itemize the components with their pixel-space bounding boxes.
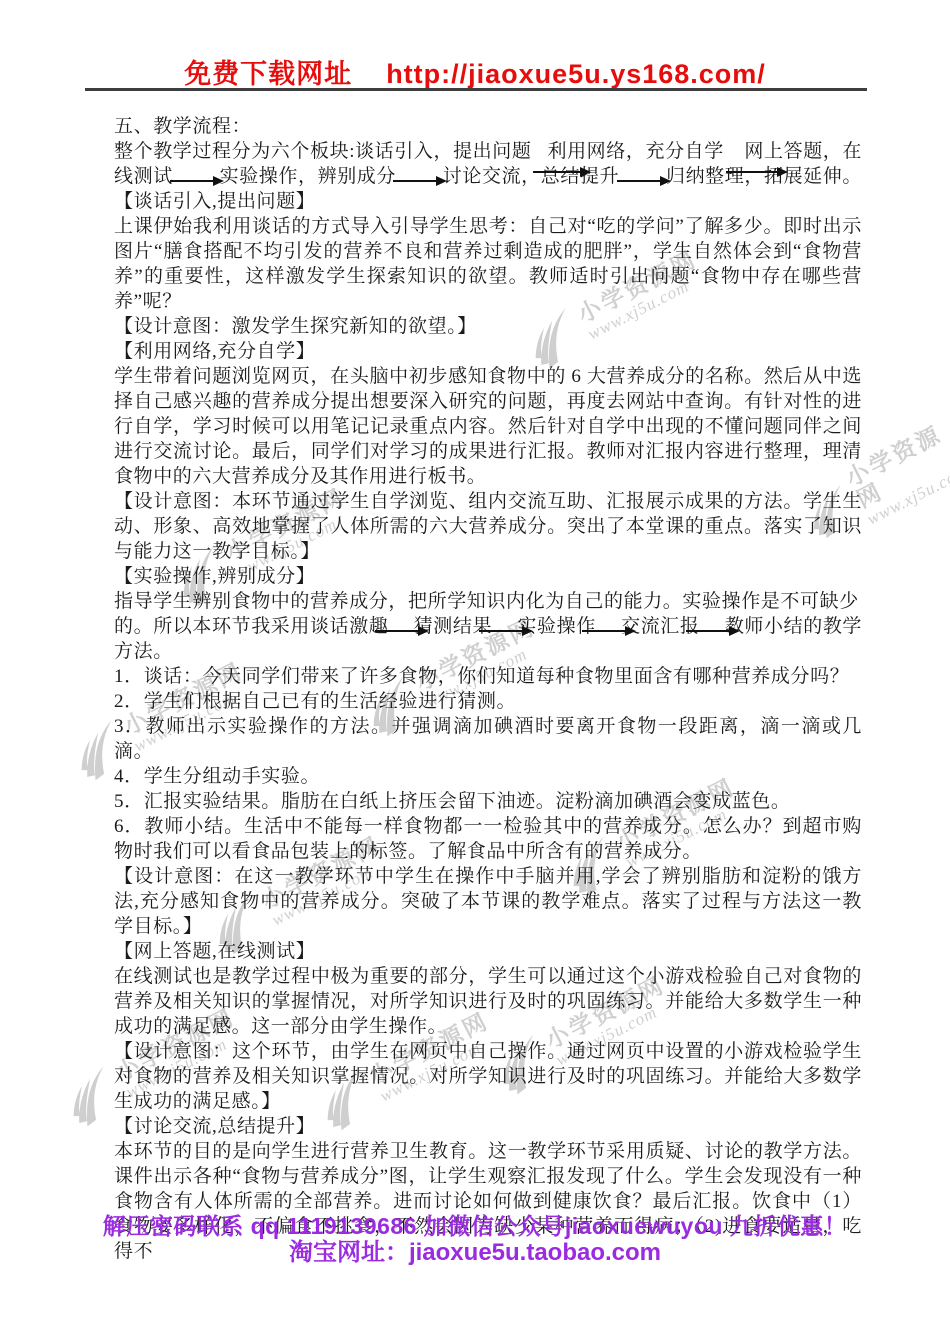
doc-paragraph: 5．汇报实验结果。脂肪在白纸上挤压会留下油迹。淀粉滴加碘酒会变成蓝色。	[114, 789, 862, 814]
flow-line: 整个教学过程分为六个板块:谈话引入，提出问题利用网络，充分自学网上答题，在	[114, 139, 862, 164]
flow-line: 线测试实验操作，辨别成分讨论交流，总结提升归纳整理，拓展延伸。	[114, 164, 862, 189]
doc-line: 【谈话引入,提出问题】	[114, 189, 862, 214]
doc-paragraph: 【设计意图：这个环节，由学生在网页中自己操作。通过网页中设置的小游戏检验学生对食…	[114, 1039, 862, 1114]
watermark-site: www.xj5u.com	[864, 460, 950, 529]
doc-paragraph: 4．学生分组动手实验。	[114, 764, 862, 789]
doc-paragraph: 【设计意图：本环节通过学生自学浏览、组内交流互助、汇报展示成果的方法。学生生动、…	[114, 489, 862, 564]
doc-line: 【设计意图：激发学生探究新知的欲望。】	[114, 314, 862, 339]
header-divider	[85, 88, 867, 91]
document-body: 五、教学流程：整个教学过程分为六个板块:谈话引入，提出问题利用网络，充分自学网上…	[114, 114, 862, 1264]
doc-paragraph: 6．教师小结。生活中不能每一样食物都一一检验其中的营养成分。怎么办？到超市购物时…	[114, 814, 862, 864]
flow-segment: 讨论交流，总结提升	[443, 164, 619, 189]
download-header-url: http://jiaoxue5u.ys168.com/	[386, 59, 766, 89]
doc-paragraph: 1．谈话：今天同学们带来了许多食物，你们知道每种食物里面含有哪种营养成分吗？	[114, 664, 862, 689]
doc-paragraph: 3．教师出示实验操作的方法。并强调滴加碘酒时要离开食物一段距离，滴一滴或几滴。	[114, 714, 862, 764]
flow-arrow-icon	[375, 630, 427, 632]
doc-paragraph: 学生带着问题浏览网页，在头脑中初步感知食物中的 6 大营养成分的名称。然后从中选…	[114, 364, 862, 489]
flow-arrow-icon	[617, 180, 669, 182]
download-header-label: 免费下载网址	[184, 59, 352, 89]
doc-line: 指导学生辨别食物中的营养成分，把所学知识内化为自己的能力。实验操作是不可缺少	[114, 589, 862, 614]
flow-line: 的。所以本环节我采用谈话激趣猜测结果实验操作交流汇报教师小结的教学	[114, 614, 862, 639]
flow-segment: 实验操作，辨别成分	[220, 164, 396, 189]
flow-arrow-icon	[533, 171, 589, 173]
flow-segment: 归纳整理，拓展延伸。	[666, 164, 862, 189]
flow-segment: 整个教学过程分为六个板块:谈话引入，提出问题	[114, 139, 531, 164]
flow-arrow-icon	[686, 630, 738, 632]
doc-line: 五、教学流程：	[114, 114, 862, 139]
download-header: 免费下载网址http://jiaoxue5u.ys168.com/	[0, 52, 950, 91]
flow-arrow-icon	[726, 171, 787, 173]
flow-segment: 线测试	[114, 164, 173, 189]
footer-contact-line: 解压密码联系 qq 1119139686 加微信公众号jiaoxuewuyou …	[0, 1213, 950, 1239]
document-page: 小学资源网www.xj5u.com小学资源网www.xj5u.com小学资源网w…	[0, 0, 950, 1344]
flow-arrow-icon	[393, 180, 445, 182]
flow-arrow-icon	[582, 630, 634, 632]
promo-footer: 解压密码联系 qq 1119139686 加微信公众号jiaoxuewuyou …	[0, 1213, 950, 1266]
flow-segment: 教师小结的教学	[725, 614, 862, 639]
doc-line: 【实验操作,辨别成分】	[114, 564, 862, 589]
flow-segment: 的。所以本环节我采用谈话激趣	[114, 614, 388, 639]
doc-line: 【网上答题,在线测试】	[114, 939, 862, 964]
doc-line: 方法。	[114, 639, 862, 664]
flow-segment: 利用网络，充分自学	[547, 139, 723, 164]
doc-paragraph: 上课伊始我利用谈话的方式导入引导学生思考：自己对“吃的学问”了解多少。即时出示图…	[114, 214, 862, 314]
doc-paragraph: 在线测试也是教学过程中极为重要的部分，学生可以通过这个小游戏检验自己对食物的营养…	[114, 964, 862, 1039]
flow-arrow-icon	[479, 630, 531, 632]
doc-line: 【利用网络,充分自学】	[114, 339, 862, 364]
doc-paragraph: 2．学生们根据自己已有的生活经验进行猜测。	[114, 689, 862, 714]
footer-taobao-url: 淘宝网址：jiaoxue5u.taobao.com	[0, 1239, 950, 1266]
flow-segment: 网上答题，在	[744, 139, 862, 164]
doc-line: 【讨论交流,总结提升】	[114, 1114, 862, 1139]
doc-paragraph: 【设计意图：在这一教学环节中学生在操作中手脑并用,学会了辨别脂肪和淀粉的饿方法,…	[114, 864, 862, 939]
flow-arrow-icon	[170, 180, 222, 182]
